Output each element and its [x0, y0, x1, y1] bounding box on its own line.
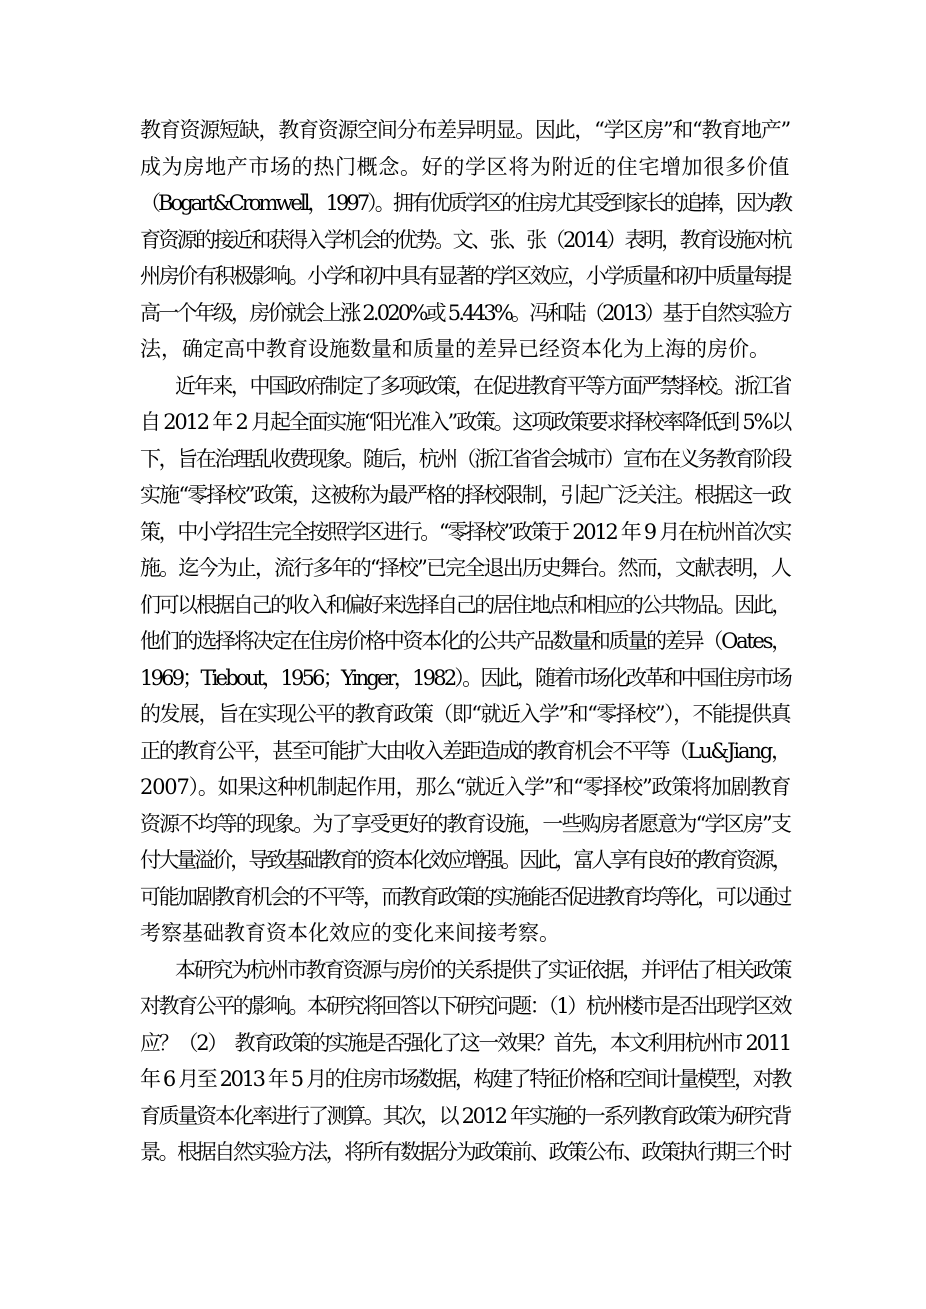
text-run: 高一个年级，房价就会上涨 2.020%或 5.443%。冯和陆（2013）基于自… — [140, 295, 790, 332]
text-run: 法，确定高中教育设施数量和质量的差异已经资本化为上海的房价。 — [140, 331, 770, 368]
text-run: 本研究为杭州市教育资源与房价的关系提供了实证依据，并评估了相关政策 — [175, 952, 790, 989]
text-run: 景。根据自然实验方法，将所有数据分为政策前、政策公布、政策执行期三个时 — [140, 1134, 790, 1171]
document-page: 教育资源短缺，教育资源空间分布差异明显。因此，“学区房”和“教育地产”成为房地产… — [0, 0, 926, 1309]
text-run: 1969；Tiebout，1956；Yinger，1982）。因此，随着市场化改… — [140, 660, 790, 697]
text-line: 本研究为杭州市教育资源与房价的关系提供了实证依据，并评估了相关政策 — [140, 952, 790, 989]
text-run: 教育资源短缺，教育资源空间分布差异明显。因此，“学区房”和“教育地产” — [140, 112, 790, 149]
text-line: 自 2012 年 2 月起全面实施“阳光准入”政策。这项政策要求择校率降低到 5… — [140, 404, 790, 441]
text-line: （Bogart&Cromwell，1997）。拥有优质学区的住房尤其受到家长的追… — [140, 185, 790, 222]
text-run: 州房价有积极影响。小学和初中具有显著的学区效应，小学质量和初中质量每提 — [140, 258, 790, 295]
text-line: 下，旨在治理乱收费现象。随后，杭州（浙江省省会城市）宣布在义务教育阶段 — [140, 441, 790, 478]
text-line: 应？（2） 教育政策的实施是否强化了这一效果？首先，本文利用杭州市 2011 — [140, 1025, 790, 1062]
text-run: 近年来，中国政府制定了多项政策，在促进教育平等方面严禁择校。浙江省 — [175, 368, 790, 405]
text-line: 景。根据自然实验方法，将所有数据分为政策前、政策公布、政策执行期三个时 — [140, 1134, 790, 1171]
text-run: 付大量溢价，导致基础教育的资本化效应增强。因此，富人享有良好的教育资源， — [140, 842, 790, 879]
text-run: 考察基础教育资本化效应的变化来间接考察。 — [140, 915, 560, 952]
text-line: 年 6 月至 2013 年 5 月的住房市场数据，构建了特征价格和空间计量模型，… — [140, 1061, 790, 1098]
text-run: 施。迄今为止，流行多年的“择校”已完全退出历史舞台。然而，文献表明，人 — [140, 550, 790, 587]
text-run: 们可以根据自己的收入和偏好来选择自己的居住地点和相应的公共物品。因此， — [140, 587, 790, 624]
text-line: 资源不均等的现象。为了享受更好的教育设施，一些购房者愿意为“学区房”支 — [140, 806, 790, 843]
text-line: 他们的选择将决定在住房价格中资本化的公共产品数量和质量的差异（Oates， — [140, 623, 790, 660]
text-run: 育质量资本化率进行了测算。其次，以 2012 年实施的一系列教育政策为研究背 — [140, 1098, 790, 1135]
text-run: 下，旨在治理乱收费现象。随后，杭州（浙江省省会城市）宣布在义务教育阶段 — [140, 441, 790, 478]
text-run: 资源不均等的现象。为了享受更好的教育设施，一些购房者愿意为“学区房”支 — [140, 806, 790, 843]
text-line: 近年来，中国政府制定了多项政策，在促进教育平等方面严禁择校。浙江省 — [140, 368, 790, 405]
document-body: 教育资源短缺，教育资源空间分布差异明显。因此，“学区房”和“教育地产”成为房地产… — [140, 112, 790, 1171]
text-line: 可能加剧教育机会的不平等，而教育政策的实施能否促进教育均等化，可以通过 — [140, 879, 790, 916]
text-run: 2007）。如果这种机制起作用，那么“就近入学”和“零择校”政策将加剧教育 — [140, 769, 790, 806]
text-run: 对教育公平的影响。本研究将回答以下研究问题：（1）杭州楼市是否出现学区效 — [140, 988, 790, 1025]
text-line: 实施“零择校”政策，这被称为最严格的择校限制，引起广泛关注。根据这一政 — [140, 477, 790, 514]
text-line: 高一个年级，房价就会上涨 2.020%或 5.443%。冯和陆（2013）基于自… — [140, 295, 790, 332]
text-line: 州房价有积极影响。小学和初中具有显著的学区效应，小学质量和初中质量每提 — [140, 258, 790, 295]
text-run: 的发展，旨在实现公平的教育政策（即“就近入学”和“零择校”），不能提供真 — [140, 696, 790, 733]
text-line: 付大量溢价，导致基础教育的资本化效应增强。因此，富人享有良好的教育资源， — [140, 842, 790, 879]
text-run: （Bogart&Cromwell，1997）。拥有优质学区的住房尤其受到家长的追… — [140, 185, 790, 222]
text-run: 实施“零择校”政策，这被称为最严格的择校限制，引起广泛关注。根据这一政 — [140, 477, 790, 514]
text-run: 育资源的接近和获得入学机会的优势。文、张、张（2014）表明，教育设施对杭 — [140, 222, 790, 259]
text-line: 育质量资本化率进行了测算。其次，以 2012 年实施的一系列教育政策为研究背 — [140, 1098, 790, 1135]
text-line: 考察基础教育资本化效应的变化来间接考察。 — [140, 915, 790, 952]
text-line: 的发展，旨在实现公平的教育政策（即“就近入学”和“零择校”），不能提供真 — [140, 696, 790, 733]
text-line: 育资源的接近和获得入学机会的优势。文、张、张（2014）表明，教育设施对杭 — [140, 222, 790, 259]
text-line: 策，中小学招生完全按照学区进行。“零择校”政策于 2012 年 9 月在杭州首次… — [140, 514, 790, 551]
text-line: 成为房地产市场的热门概念。好的学区将为附近的住宅增加很多价值 — [140, 149, 790, 186]
text-line: 正的教育公平，甚至可能扩大由收入差距造成的教育机会不平等（Lu&Jiang， — [140, 733, 790, 770]
text-run: 年 6 月至 2013 年 5 月的住房市场数据，构建了特征价格和空间计量模型，… — [140, 1061, 790, 1098]
text-run: 应？（2） 教育政策的实施是否强化了这一效果？首先，本文利用杭州市 2011 — [140, 1025, 790, 1062]
text-line: 施。迄今为止，流行多年的“择校”已完全退出历史舞台。然而，文献表明，人 — [140, 550, 790, 587]
text-line: 教育资源短缺，教育资源空间分布差异明显。因此，“学区房”和“教育地产” — [140, 112, 790, 149]
text-run: 成为房地产市场的热门概念。好的学区将为附近的住宅增加很多价值 — [140, 149, 790, 186]
text-run: 策，中小学招生完全按照学区进行。“零择校”政策于 2012 年 9 月在杭州首次… — [140, 514, 790, 551]
text-run: 可能加剧教育机会的不平等，而教育政策的实施能否促进教育均等化，可以通过 — [140, 879, 790, 916]
text-line: 对教育公平的影响。本研究将回答以下研究问题：（1）杭州楼市是否出现学区效 — [140, 988, 790, 1025]
text-line: 法，确定高中教育设施数量和质量的差异已经资本化为上海的房价。 — [140, 331, 790, 368]
text-line: 1969；Tiebout，1956；Yinger，1982）。因此，随着市场化改… — [140, 660, 790, 697]
text-line: 们可以根据自己的收入和偏好来选择自己的居住地点和相应的公共物品。因此， — [140, 587, 790, 624]
text-line: 2007）。如果这种机制起作用，那么“就近入学”和“零择校”政策将加剧教育 — [140, 769, 790, 806]
text-run: 自 2012 年 2 月起全面实施“阳光准入”政策。这项政策要求择校率降低到 5… — [140, 404, 790, 441]
text-run: 正的教育公平，甚至可能扩大由收入差距造成的教育机会不平等（Lu&Jiang， — [140, 733, 790, 770]
text-run: 他们的选择将决定在住房价格中资本化的公共产品数量和质量的差异（Oates， — [140, 623, 790, 660]
